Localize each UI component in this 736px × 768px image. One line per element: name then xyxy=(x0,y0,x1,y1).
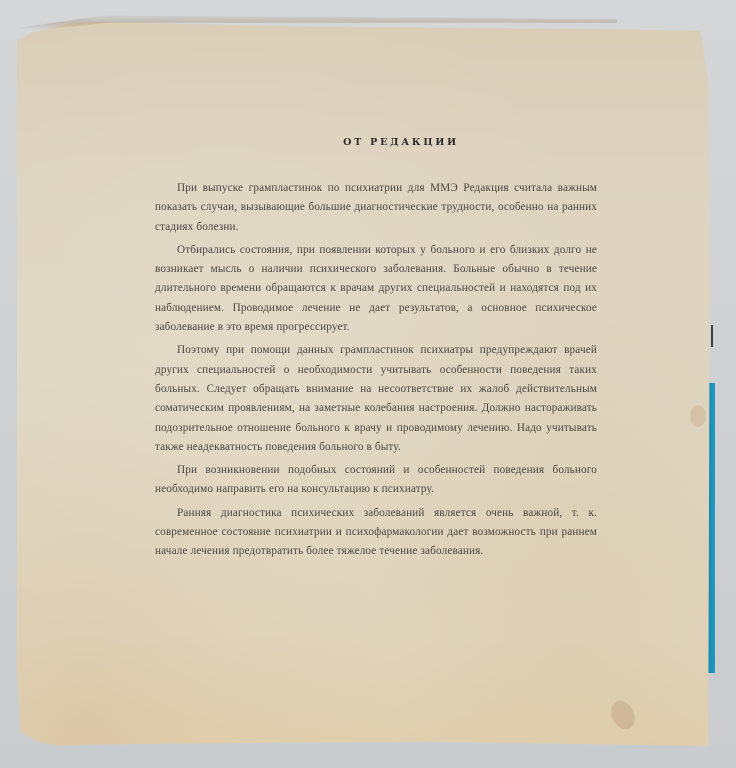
paragraph: При возникновении подобных состояний и о… xyxy=(155,461,597,500)
sleeve-dark-edge xyxy=(711,325,713,347)
document-body: ОТ РЕДАКЦИИ При выпуске грампластинок по… xyxy=(155,137,597,566)
paragraph: Ранняя диагностика психических заболеван… xyxy=(155,504,597,562)
paragraph: Отбирались состояния, при появлении кото… xyxy=(155,241,597,337)
document-title: ОТ РЕДАКЦИИ xyxy=(155,137,597,148)
paragraph: Поэтому при помощи данных грампластинок … xyxy=(155,341,597,457)
paragraph: При выпуске грампластинок по психиатрии … xyxy=(155,179,597,237)
